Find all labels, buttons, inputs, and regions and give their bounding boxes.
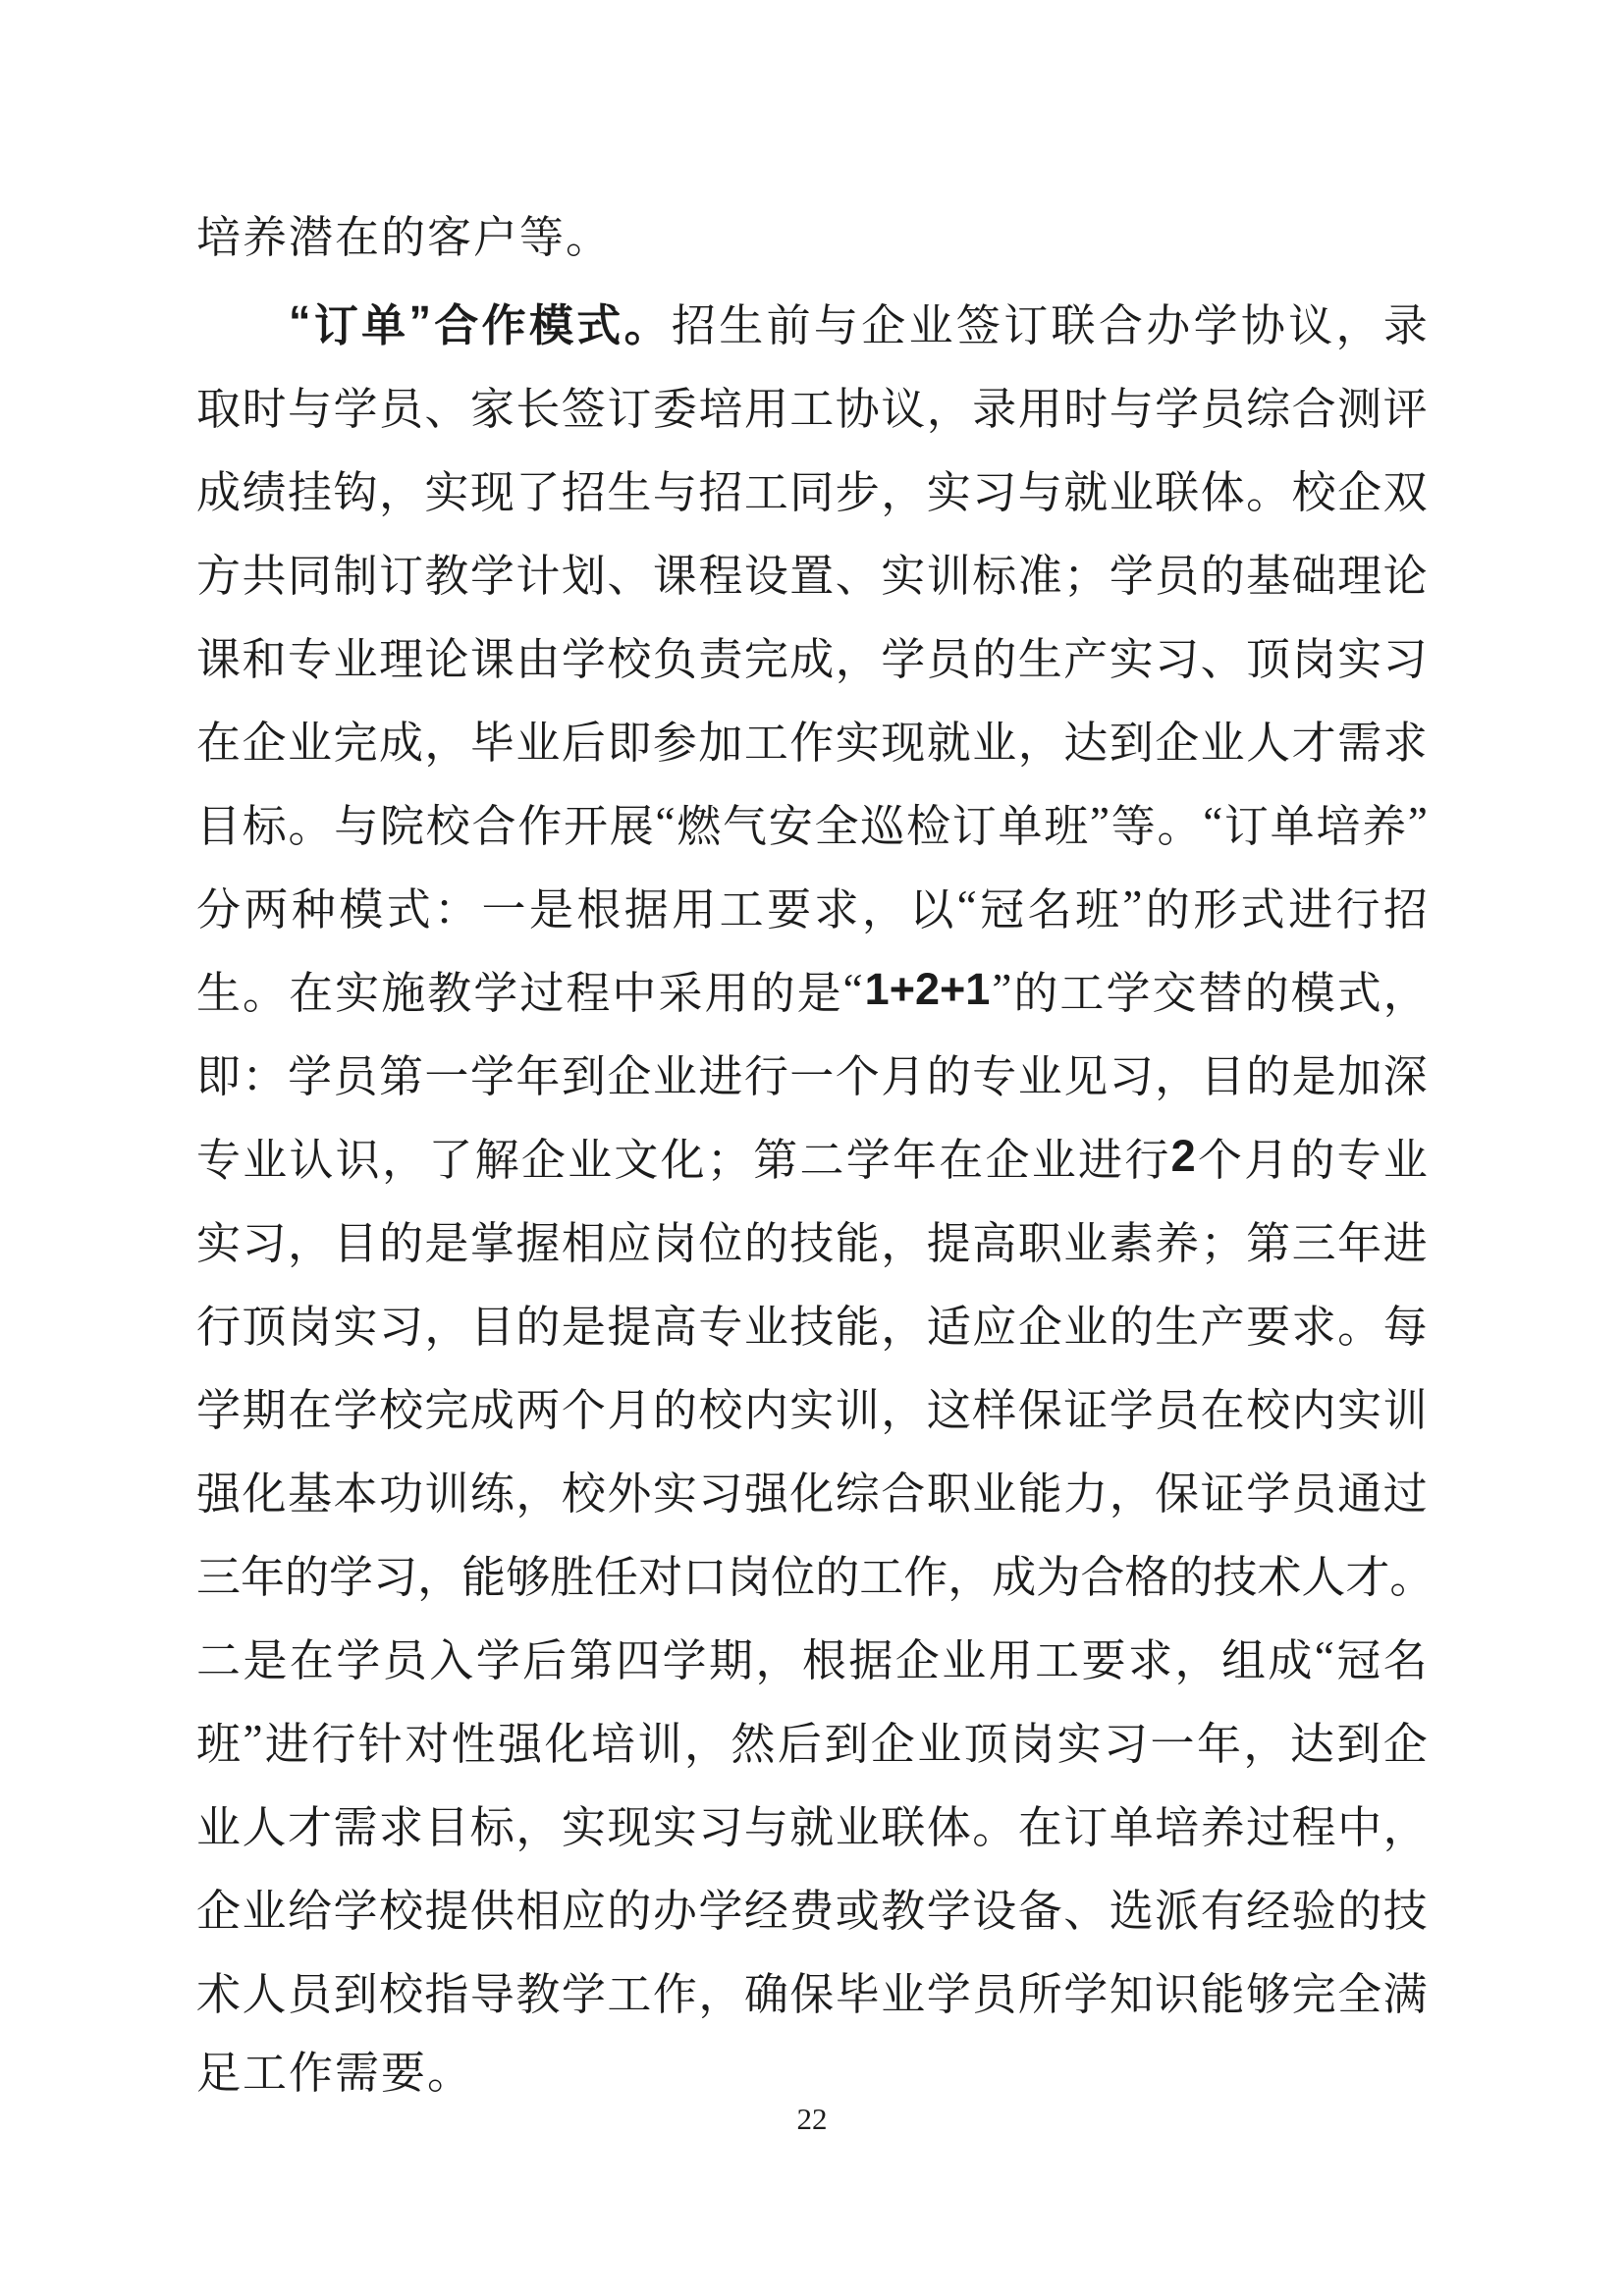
text-run: 能 — [1018, 1458, 1062, 1522]
text-run: 术 — [1257, 1541, 1301, 1605]
text-run: 业 — [972, 707, 1016, 771]
text-run: 企 — [1383, 1708, 1428, 1772]
text-run: 目 — [1201, 1041, 1245, 1104]
text-run: 练 — [470, 1458, 514, 1522]
text-line: 二是在学员入学后第四学期，根据企业用工要求，组成“冠名 — [196, 1615, 1428, 1698]
text-run: 的 — [1290, 1124, 1334, 1188]
text-run: 工 — [859, 1541, 903, 1605]
text-run: ； — [1063, 540, 1108, 604]
text-run: 训 — [424, 1458, 468, 1522]
text-run: 学 — [288, 1041, 332, 1104]
text-run: 二 — [799, 1124, 843, 1188]
text-run: 目 — [424, 1791, 468, 1855]
text-run: 与 — [1110, 373, 1154, 437]
text-run: 需 — [1337, 707, 1381, 771]
text-run: 检 — [906, 790, 950, 854]
text-run: 制 — [333, 540, 377, 604]
text-run: 议 — [881, 373, 925, 437]
text-run: 员 — [1155, 540, 1199, 604]
text-run: 家 — [470, 373, 514, 437]
text-run: 是 — [243, 1625, 287, 1688]
text-run: 在 — [288, 1374, 332, 1438]
text-run: ， — [288, 1207, 332, 1271]
text-run: ， — [881, 1291, 925, 1355]
text-run: 院 — [380, 790, 424, 854]
text-run: 与 — [334, 790, 378, 854]
text-run: 绩 — [242, 456, 286, 520]
text-run: 养 — [1201, 1791, 1245, 1855]
text-run: 目 — [470, 1291, 514, 1355]
text-run: 这 — [927, 1374, 971, 1438]
text-run: 冠 — [1336, 1625, 1380, 1688]
text-run: 导 — [470, 1958, 514, 2022]
text-run: 强 — [498, 1708, 542, 1772]
text-line: 行顶岗实习，目的是提高专业技能，适应企业的生产要求。每 — [196, 1281, 1428, 1364]
text-run: 习 — [1104, 1708, 1148, 1772]
text-run: 标 — [243, 790, 287, 854]
text-run: 业 — [568, 1124, 612, 1188]
text-run: ， — [881, 456, 925, 520]
text-run: 全 — [1337, 1958, 1381, 2022]
text-run: 合 — [1099, 290, 1143, 353]
text-run: 时 — [1063, 373, 1108, 437]
text-run: 个 — [1198, 1124, 1242, 1188]
text-run: 掌 — [470, 1207, 514, 1271]
text-run: 生 — [1155, 1291, 1199, 1355]
text-run: 岗 — [1292, 623, 1336, 687]
text-run: 业 — [881, 1958, 925, 2022]
text-run: 实 — [836, 707, 880, 771]
text-run: 学 — [196, 1374, 241, 1438]
text-run: 的 — [972, 623, 1016, 687]
text-run: 员 — [1155, 1374, 1199, 1438]
text-run: 业 — [1063, 1291, 1108, 1355]
text-run: 责 — [698, 623, 742, 687]
text-line: 生。在实施教学过程中采用的是“1+2+1”的工学交替的模式， — [196, 947, 1428, 1031]
text-run: 口 — [682, 1541, 727, 1605]
text-run: ， — [417, 1541, 461, 1605]
latin-run: 1+2+1 — [865, 964, 991, 1015]
text-run: 技 — [1213, 1541, 1257, 1605]
text-line: 实习，目的是掌握相应岗位的技能，提高职业素养；第三年进 — [196, 1198, 1428, 1281]
text-line: 专业认识，了解企业文化；第二学年在企业进行2个月的专业 — [196, 1114, 1428, 1198]
text-run: 对 — [405, 1708, 449, 1772]
text-run: 交 — [1153, 957, 1197, 1021]
text-run: 业 — [333, 623, 377, 687]
text-run: “ — [656, 797, 676, 848]
text-run: 招 — [698, 456, 742, 520]
text-run: 校 — [379, 1875, 423, 1939]
text-run: 目 — [196, 790, 241, 854]
text-run: 认 — [290, 1124, 334, 1188]
text-run: 程 — [566, 957, 610, 1021]
text-run: 三 — [1292, 1207, 1336, 1271]
text-run: 的 — [1337, 1875, 1381, 1939]
text-line: 方共同制订教学计划、课程设置、实训标准；学员的基础理论 — [196, 530, 1428, 614]
text-run: 校 — [379, 1374, 423, 1438]
text-run: 方 — [196, 540, 241, 604]
text-run: 目 — [333, 1207, 377, 1271]
text-run: 生 — [196, 957, 241, 1021]
text-run: 企 — [1155, 707, 1199, 771]
text-run: 、 — [424, 373, 468, 437]
text-run: 实 — [789, 1374, 834, 1438]
text-run: 、 — [1201, 623, 1245, 687]
text-run: 化 — [789, 1458, 834, 1522]
text-run: 就 — [1063, 456, 1108, 520]
text-run: 学 — [473, 957, 517, 1021]
text-run: 实 — [881, 540, 925, 604]
text-run: 等 — [1111, 790, 1156, 854]
text-run: 学 — [1246, 1458, 1290, 1522]
text-run: 指 — [424, 1958, 468, 2022]
text-run: 握 — [515, 1207, 560, 1271]
text-run: 教 — [881, 1875, 925, 1939]
text-run: 月 — [607, 1374, 651, 1438]
text-run: 设 — [744, 540, 788, 604]
text-run: ， — [698, 1958, 742, 2022]
text-run: 个 — [836, 1041, 880, 1104]
text-run: 业 — [909, 290, 953, 353]
text-run: 到 — [824, 1708, 868, 1772]
text-run: 采 — [658, 957, 702, 1021]
text-run: 学 — [1110, 1374, 1154, 1438]
text-run: 实 — [927, 456, 971, 520]
text-run: 一 — [789, 1041, 834, 1104]
text-line: 成绩挂钩，实现了招生与招工同步，实习与就业联体。校企双 — [196, 447, 1428, 530]
text-run: 企 — [521, 1124, 566, 1188]
text-run: 的 — [815, 1541, 859, 1605]
text-run: 、 — [836, 540, 880, 604]
text-run: 费 — [789, 1875, 834, 1939]
text-run: 组 — [1221, 1625, 1266, 1688]
text-run: 习 — [1155, 623, 1199, 687]
text-line: 目标。与院校合作开展“燃气安全巡检订单班”等。“订单培养” — [196, 780, 1428, 864]
text-run: ， — [862, 874, 906, 937]
text-run: 实 — [333, 1291, 377, 1355]
text-run: 校 — [1246, 1374, 1290, 1438]
text-run: 体 — [927, 1791, 971, 1855]
text-run: 的 — [1013, 957, 1057, 1021]
text-run: 到 — [333, 1958, 377, 2022]
text-run: 派 — [1155, 1875, 1199, 1939]
text-run: 保 — [1155, 1458, 1199, 1522]
text-run: 校 — [607, 623, 651, 687]
text-run: 习 — [242, 1207, 286, 1271]
text-run: 在 — [1201, 1374, 1245, 1438]
text-run: ， — [515, 1458, 560, 1522]
text-run: 的 — [515, 1291, 560, 1355]
text-run: ， — [1110, 1458, 1154, 1522]
text-run: 位 — [771, 1541, 815, 1605]
text-run: 行 — [196, 1291, 241, 1355]
text-run: ” — [992, 964, 1011, 1015]
text-run: 强 — [744, 1458, 788, 1522]
text-run: 后 — [778, 1708, 822, 1772]
text-run: 用 — [705, 957, 749, 1021]
text-run: 联 — [1052, 290, 1096, 353]
text-line: 三年的学习，能够胜任对口岗位的工作，成为合格的技术人才。 — [196, 1531, 1428, 1615]
text-run: 进 — [1078, 1124, 1122, 1188]
text-run: ： — [242, 1041, 286, 1104]
text-run: 业 — [972, 1458, 1016, 1522]
text-run: 作 — [517, 790, 562, 854]
text-run: 联 — [881, 1791, 925, 1855]
text-run: 校 — [1292, 456, 1336, 520]
text-run: 能 — [1201, 1958, 1245, 2022]
text-run: 签 — [956, 290, 1001, 353]
text-run: 现 — [470, 456, 514, 520]
text-run: 完 — [333, 707, 377, 771]
text-run: 、 — [607, 540, 651, 604]
text-run: 业 — [917, 1708, 961, 1772]
text-run: 。 — [1157, 790, 1201, 854]
text-run: 与 — [653, 456, 697, 520]
text-run: 生 — [607, 456, 651, 520]
text-run: 体 — [1201, 456, 1245, 520]
text-run: 行 — [311, 1708, 355, 1772]
text-run: “ — [1315, 1631, 1334, 1682]
text-run: 是 — [1292, 1041, 1336, 1104]
text-run: 培养潜在的客户等。 — [196, 196, 612, 280]
text-run: 进 — [698, 1041, 742, 1104]
text-run: 实 — [335, 957, 379, 1021]
text-run: 训 — [638, 1708, 682, 1772]
text-run: 外 — [607, 1458, 651, 1522]
text-run: 置 — [789, 540, 834, 604]
text-run: 以 — [909, 874, 953, 937]
text-run: 课 — [653, 540, 697, 604]
text-line: 分两种模式：一是根据用工要求，以“冠名班”的形式进行招 — [196, 864, 1428, 947]
text-run: 是 — [562, 1291, 606, 1355]
text-run: 学 — [1063, 1958, 1108, 2022]
text-run: 胜 — [550, 1541, 594, 1605]
text-run: 是 — [797, 957, 841, 1021]
text-run: 适 — [927, 1291, 971, 1355]
text-run: 据 — [624, 874, 669, 937]
text-run: 到 — [1336, 1708, 1380, 1772]
text-run: 录 — [972, 373, 1016, 437]
text-run: 经 — [1246, 1875, 1290, 1939]
text-line: 在企业完成，毕业后即参加工作实现就业，达到企业人才需求 — [196, 697, 1428, 780]
text-run: 合 — [1292, 373, 1336, 437]
text-run: 供 — [470, 1875, 514, 1939]
text-line: 强化基本功训练，校外实习强化综合职业能力，保证学员通过 — [196, 1448, 1428, 1531]
text-run: 专 — [288, 623, 332, 687]
text-run: 企 — [1337, 456, 1381, 520]
text-run: ， — [1243, 1708, 1287, 1772]
text-run: 进 — [265, 1708, 309, 1772]
text-run: ， — [755, 1625, 799, 1688]
text-run: 实 — [1110, 623, 1154, 687]
text-run: 深 — [1383, 1041, 1428, 1104]
text-run: 企 — [986, 1124, 1030, 1188]
text-run: 职 — [1018, 1207, 1062, 1271]
text-run: 业 — [744, 1291, 788, 1355]
text-run: 成 — [1268, 1625, 1312, 1688]
text-run: 实 — [1057, 1708, 1102, 1772]
text-run: ， — [379, 456, 423, 520]
text-run: 负 — [653, 623, 697, 687]
text-run: 标 — [470, 1791, 514, 1855]
text-run: 的 — [1168, 1541, 1213, 1605]
text-run: 施 — [381, 957, 425, 1021]
text-run: ” — [1122, 881, 1142, 932]
text-run: 、 — [1063, 1875, 1108, 1939]
text-run: 产 — [1063, 623, 1108, 687]
text-run: 习 — [698, 1791, 742, 1855]
text-run: 时 — [242, 373, 286, 437]
text-run: 实 — [1337, 1374, 1381, 1438]
text-run: 培 — [1316, 790, 1360, 854]
text-run: 形 — [1193, 874, 1237, 937]
text-run: 达 — [1290, 1708, 1334, 1772]
text-block: 培养潜在的客户等。“订单”合作模式。招生前与企业签订联合办学协议，录取时与学员、… — [196, 196, 1428, 2115]
text-run: 应 — [972, 1291, 1016, 1355]
text-run: 员 — [972, 1958, 1016, 2022]
text-run: 中 — [1337, 1791, 1381, 1855]
text-run: 协 — [836, 373, 880, 437]
text-line: “订单”合作模式。招生前与企业签订联合办学协议，录 — [196, 280, 1428, 363]
text-run: 业 — [243, 1124, 287, 1188]
text-run: 习 — [698, 1458, 742, 1522]
text-run: ， — [1336, 290, 1380, 353]
text-run: 一 — [482, 874, 526, 937]
text-run: 后 — [522, 1625, 567, 1688]
bold-run: 订 — [314, 290, 358, 353]
text-run: 期 — [709, 1625, 753, 1688]
text-run: 技 — [789, 1207, 834, 1271]
text-run: 计 — [515, 540, 560, 604]
text-run: 专 — [698, 1291, 742, 1355]
text-run: 是 — [529, 874, 573, 937]
bold-run: 。 — [624, 290, 669, 353]
text-run: 化 — [661, 1124, 705, 1188]
text-run: 二 — [196, 1625, 241, 1688]
text-run: 业 — [1032, 1124, 1076, 1188]
text-run: 气 — [723, 790, 767, 854]
text-run: 企 — [607, 1041, 651, 1104]
text-run: 即 — [607, 707, 651, 771]
text-line: 术人员到校指导教学工作，确保毕业学员所学知识能够完全满 — [196, 1949, 1428, 2032]
text-run: 础 — [1292, 540, 1336, 604]
text-run: 测 — [1337, 373, 1381, 437]
text-run: 实 — [196, 1207, 241, 1271]
text-run: 班 — [196, 1708, 241, 1772]
text-run: 经 — [744, 1875, 788, 1939]
text-run: 现 — [607, 1791, 651, 1855]
text-run: 的 — [1245, 957, 1289, 1021]
text-run: 燃 — [677, 790, 721, 854]
text-run: 化 — [545, 1708, 589, 1772]
text-run: 性 — [452, 1708, 496, 1772]
text-line: 取时与学员、家长签订委培用工协议，录用时与学员综合测评 — [196, 363, 1428, 447]
text-run: 进 — [1383, 1207, 1428, 1271]
text-run: 同 — [288, 540, 332, 604]
text-run: “ — [843, 964, 863, 1015]
text-run: 基 — [1246, 540, 1290, 604]
text-run: 由 — [515, 623, 560, 687]
text-run: 用 — [744, 373, 788, 437]
text-run: 识 — [336, 1124, 380, 1188]
text-run: 业 — [1018, 1041, 1062, 1104]
text-run: 学 — [562, 623, 606, 687]
text-run: 通 — [1337, 1458, 1381, 1522]
text-run: 顶 — [964, 1708, 1008, 1772]
text-run: 联 — [1155, 456, 1199, 520]
text-run: 根 — [802, 1625, 846, 1688]
text-run: 选 — [1110, 1875, 1154, 1939]
text-run: 同 — [789, 456, 834, 520]
text-run: 专 — [972, 1041, 1016, 1104]
text-run: 校 — [562, 1458, 606, 1522]
text-run: 培 — [1155, 1791, 1199, 1855]
text-run: 就 — [927, 707, 971, 771]
bold-run: 合 — [434, 290, 478, 353]
text-run: 任 — [594, 1541, 638, 1605]
text-run: 双 — [1383, 456, 1428, 520]
text-run: 够 — [1246, 1958, 1290, 2022]
text-run: 学 — [470, 540, 514, 604]
text-run: 在 — [1018, 1791, 1062, 1855]
text-run: 式 — [1241, 874, 1285, 937]
text-run: 企 — [1018, 1291, 1062, 1355]
text-run: 人 — [1301, 1541, 1345, 1605]
text-run: 了 — [428, 1124, 472, 1188]
text-run: 知 — [1110, 1958, 1154, 2022]
text-run: ” — [1090, 797, 1110, 848]
text-run: 毕 — [836, 1958, 880, 2022]
text-run: 在 — [939, 1124, 983, 1188]
text-run: ， — [1155, 1041, 1199, 1104]
text-run: 签 — [562, 373, 606, 437]
text-run: 教 — [427, 957, 471, 1021]
text-run: 技 — [789, 1291, 834, 1355]
text-run: 养 — [1155, 1207, 1199, 1271]
text-run: 提 — [424, 1875, 468, 1939]
text-run: ， — [424, 1291, 468, 1355]
text-run: 术 — [196, 1958, 241, 2022]
text-run: 的 — [1201, 540, 1245, 604]
text-run: 单 — [1110, 1791, 1154, 1855]
text-run: 程 — [1292, 1791, 1336, 1855]
text-run: 设 — [972, 1875, 1016, 1939]
text-run: 综 — [836, 1458, 880, 1522]
text-run: 岗 — [288, 1291, 332, 1355]
text-run: 一 — [1150, 1708, 1194, 1772]
text-run: 生 — [1018, 623, 1062, 687]
text-run: 。 — [243, 957, 287, 1021]
text-run: 学 — [476, 1625, 520, 1688]
text-run: 企 — [196, 1875, 241, 1939]
text-run: 成 — [470, 1374, 514, 1438]
text-run: ， — [881, 1207, 925, 1271]
text-run: 对 — [638, 1541, 682, 1605]
text-run: 参 — [653, 707, 697, 771]
text-run: 习 — [972, 456, 1016, 520]
text-run: 模 — [1291, 957, 1335, 1021]
text-run: 基 — [288, 1458, 332, 1522]
text-run: 学 — [1110, 540, 1154, 604]
text-run: 程 — [698, 540, 742, 604]
text-run: 的 — [751, 957, 795, 1021]
text-run: 相 — [562, 1207, 606, 1271]
bold-run: 作 — [482, 290, 526, 353]
text-run: 到 — [562, 1041, 606, 1104]
text-run: 要 — [767, 874, 811, 937]
text-run: 业 — [1110, 456, 1154, 520]
text-run: 理 — [1337, 540, 1381, 604]
